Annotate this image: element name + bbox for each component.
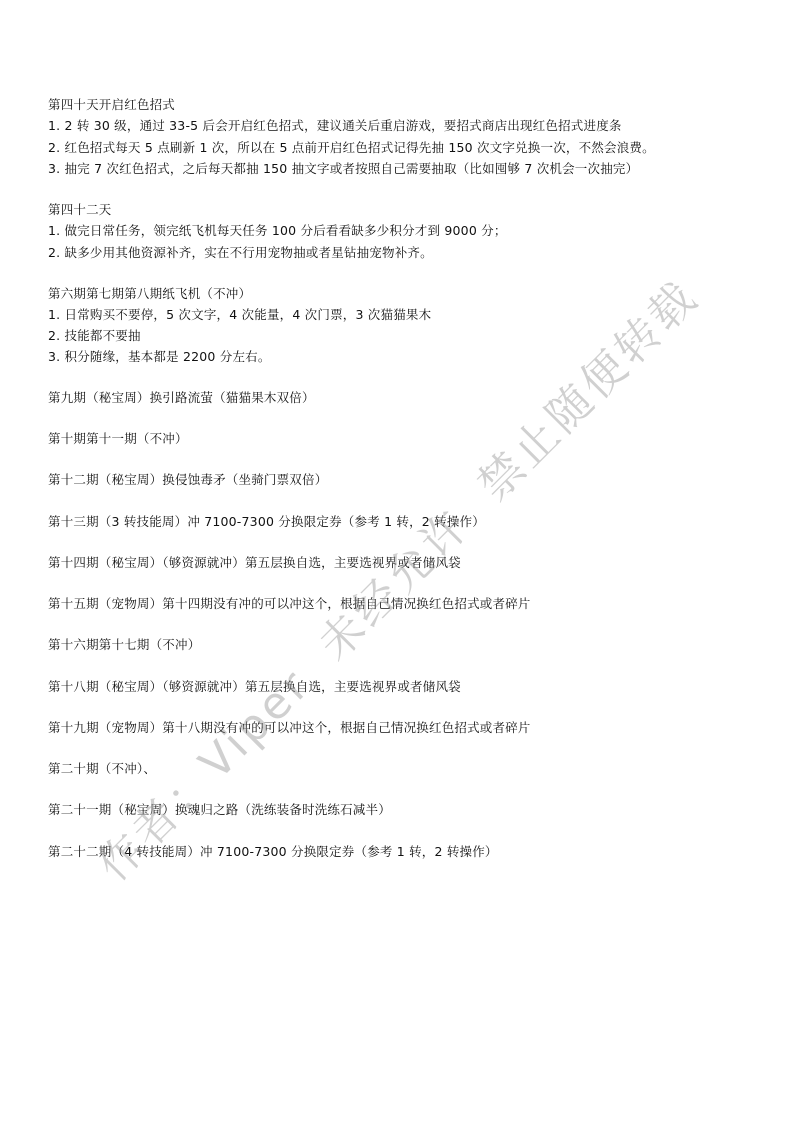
list-item: 2. 红色招式每天 5 点刷新 1 次，所以在 5 点前开启红色招式记得先抽 1… xyxy=(48,140,655,156)
section-title: 第四十二天 xyxy=(48,202,112,218)
period-line: 第十九期（宠物周）第十八期没有冲的可以冲这个，根据自己情况换红色招式或者碎片 xyxy=(48,720,531,736)
period-line: 第十四期（秘宝周）（够资源就冲）第五层换自选，主要选视界或者储风袋 xyxy=(48,555,461,571)
period-line: 第十二期（秘宝周）换侵蚀毒矛（坐骑门票双倍） xyxy=(48,472,327,488)
document-page: 第四十天开启红色招式 1. 2 转 30 级，通过 33-5 后会开启红色招式，… xyxy=(0,0,794,1123)
period-line: 第九期（秘宝周）换引路流萤（猫猫果木双倍） xyxy=(48,390,315,406)
list-item: 2. 技能都不要抽 xyxy=(48,328,141,344)
period-line: 第十八期（秘宝周）（够资源就冲）第五层换自选，主要选视界或者储风袋 xyxy=(48,679,461,695)
period-line: 第十六期第十七期（不冲） xyxy=(48,637,200,653)
section-title: 第四十天开启红色招式 xyxy=(48,97,175,113)
period-line: 第十三期（3 转技能周）冲 7100-7300 分换限定券（参考 1 转，2 转… xyxy=(48,514,485,530)
period-line: 第二十期（不冲）、 xyxy=(48,761,156,777)
period-line: 第十五期（宠物周）第十四期没有冲的可以冲这个，根据自己情况换红色招式或者碎片 xyxy=(48,596,531,612)
list-item: 3. 抽完 7 次红色招式，之后每天都抽 150 抽文字或者按照自己需要抽取（比… xyxy=(48,161,638,177)
list-item: 3. 积分随缘，基本都是 2200 分左右。 xyxy=(48,349,271,365)
period-line: 第十期第十一期（不冲） xyxy=(48,431,188,447)
list-item: 1. 日常购买不要停，5 次文字，4 次能量，4 次门票，3 次猫猫果木 xyxy=(48,307,431,323)
list-item: 2. 缺多少用其他资源补齐，实在不行用宠物抽或者星钻抽宠物补齐。 xyxy=(48,245,433,261)
list-item: 1. 2 转 30 级，通过 33-5 后会开启红色招式，建议通关后重启游戏，要… xyxy=(48,118,622,134)
period-line: 第二十二期（4 转技能周）冲 7100-7300 分换限定券（参考 1 转，2 … xyxy=(48,844,498,860)
section-title: 第六期第七期第八期纸飞机（不冲） xyxy=(48,286,251,302)
period-line: 第二十一期（秘宝周）换魂归之路（洗练装备时洗练石减半） xyxy=(48,802,391,818)
list-item: 1. 做完日常任务，领完纸飞机每天任务 100 分后看看缺多少积分才到 9000… xyxy=(48,223,507,239)
watermark-notice-2: 禁止随便转载 xyxy=(469,271,709,511)
